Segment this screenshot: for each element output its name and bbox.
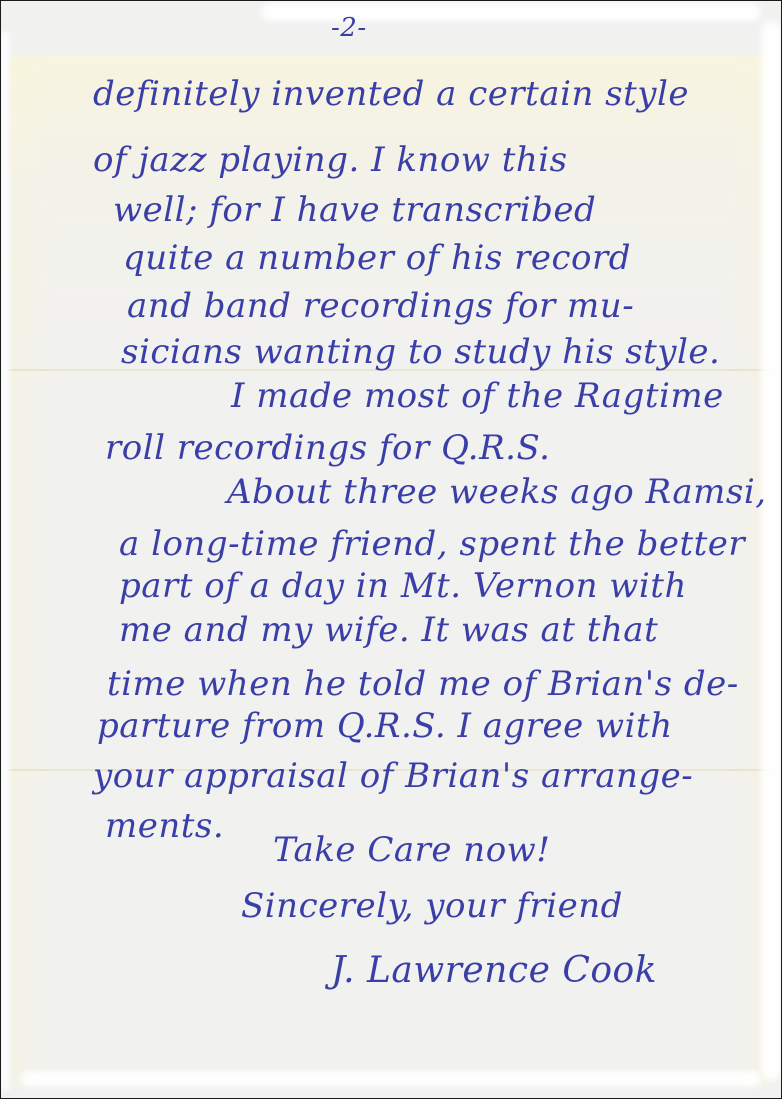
letter-line: of jazz playing. I know this bbox=[93, 143, 568, 177]
letter-line: and band recordings for mu- bbox=[127, 289, 634, 323]
letter-line: sicians wanting to study his style. bbox=[121, 335, 720, 369]
letter-line: part of a day in Mt. Vernon with bbox=[119, 569, 687, 603]
closing-line: Take Care now! bbox=[273, 833, 550, 867]
letter-line: definitely invented a certain style bbox=[93, 77, 689, 111]
letter-page: -2- definitely invented a certain style … bbox=[0, 0, 782, 1099]
letter-line: your appraisal of Brian's arrange- bbox=[93, 759, 693, 793]
letter-line: parture from Q.R.S. I agree with bbox=[97, 709, 673, 743]
letter-line: well; for I have transcribed bbox=[113, 193, 596, 227]
page-number: -2- bbox=[331, 15, 367, 41]
signature: J. Lawrence Cook bbox=[331, 953, 657, 989]
letter-line: ments. bbox=[105, 809, 224, 843]
letter-line: quite a number of his record bbox=[123, 241, 631, 275]
letter-line: a long-time friend, spent the better bbox=[119, 527, 745, 561]
letter-line: roll recordings for Q.R.S. bbox=[105, 431, 550, 465]
letter-line: I made most of the Ragtime bbox=[231, 379, 724, 413]
valediction: Sincerely, your friend bbox=[241, 889, 623, 923]
paper-edge-wash bbox=[21, 1071, 761, 1087]
letter-line: time when he told me of Brian's de- bbox=[107, 667, 739, 701]
paper-edge-wash bbox=[761, 21, 781, 1081]
letter-line: me and my wife. It was at that bbox=[119, 613, 658, 647]
paper-edge-wash bbox=[1, 31, 9, 1091]
letter-line: About three weeks ago Ramsi, bbox=[227, 475, 767, 509]
